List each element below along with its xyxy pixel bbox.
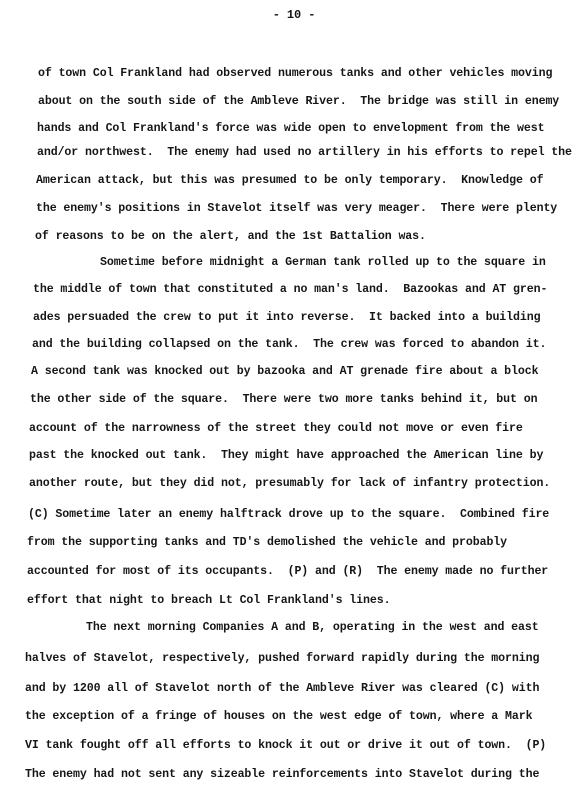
text-line: another route, but they did not, presuma… — [29, 476, 550, 492]
text-line: account of the narrowness of the street … — [29, 421, 523, 437]
text-line: Sometime before midnight a German tank r… — [100, 255, 546, 271]
text-line: of town Col Frankland had observed numer… — [38, 66, 552, 82]
text-line: the enemy's positions in Stavelot itself… — [36, 201, 557, 217]
text-line: effort that night to breach Lt Col Frank… — [27, 593, 390, 609]
document-page: - 10 - of town Col Frankland had observe… — [0, 0, 588, 800]
text-line: the other side of the square. There were… — [30, 392, 537, 408]
text-line: A second tank was knocked out by bazooka… — [31, 364, 538, 380]
text-line: The next morning Companies A and B, oper… — [86, 620, 539, 636]
text-line: from the supporting tanks and TD's demol… — [27, 535, 507, 551]
text-line: (C) Sometime later an enemy halftrack dr… — [28, 507, 549, 523]
text-line: and the building collapsed on the tank. … — [32, 337, 546, 353]
text-line: and by 1200 all of Stavelot north of the… — [25, 681, 539, 697]
text-line: hands and Col Frankland's force was wide… — [37, 121, 544, 137]
text-line: the exception of a fringe of houses on t… — [25, 709, 532, 725]
text-line: past the knocked out tank. They might ha… — [29, 448, 543, 464]
text-line: and/or northwest. The enemy had used no … — [37, 145, 572, 161]
text-line: American attack, but this was presumed t… — [36, 173, 543, 189]
text-line: about on the south side of the Ambleve R… — [38, 94, 559, 110]
text-line: the middle of town that constituted a no… — [33, 282, 547, 298]
text-line: halves of Stavelot, respectively, pushed… — [25, 651, 539, 667]
page-number: - 10 - — [0, 8, 588, 22]
text-line: The enemy had not sent any sizeable rein… — [25, 767, 539, 783]
text-line: accounted for most of its occupants. (P)… — [27, 564, 548, 580]
text-line: of reasons to be on the alert, and the 1… — [35, 229, 426, 245]
text-line: VI tank fought off all efforts to knock … — [25, 738, 546, 754]
text-line: ades persuaded the crew to put it into r… — [33, 310, 540, 326]
